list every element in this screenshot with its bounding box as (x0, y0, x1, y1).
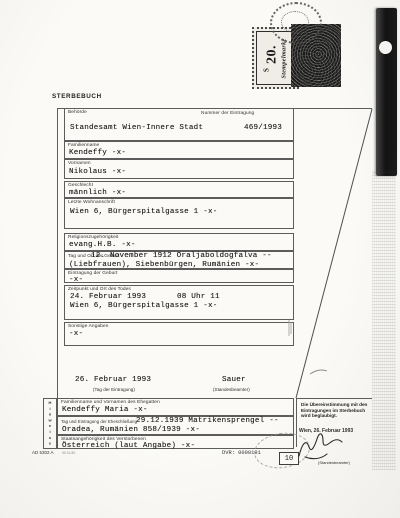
field-sex: Geschlecht männlich -x- (64, 181, 294, 198)
pencil-mark (310, 370, 327, 374)
scan-band-notch (379, 41, 392, 54)
field-birth: Tag und Ort der Geburt 12. November 1912… (64, 251, 294, 269)
sex-label: Geschlecht (68, 183, 93, 188)
field-marriage: Tag und Eintragung der Eheschließung 29.… (57, 416, 294, 435)
scan-noise (372, 170, 396, 470)
religion-value: evang.H.B. -x- (69, 241, 136, 249)
family-name-label: Familienname (68, 143, 99, 148)
family-name-value: Kendeffy -x- (69, 149, 126, 157)
field-birth-registration: Eintragung der Geburt -x- (64, 269, 294, 283)
entry-number-label: Nummer der Eintragung (201, 111, 254, 116)
other-value: -x- (69, 330, 83, 338)
last-address-value: Wien 6, Bürgerspitalgasse 1 -x- (70, 208, 217, 216)
scanned-death-certificate: { "header": { "book_label": "STERBEBUCH"… (0, 0, 400, 518)
death-place-value: Wien 6, Bürgerspitalgasse 1 -x- (70, 302, 217, 310)
religion-label: Religionszugehörigkeit (68, 235, 118, 240)
form-left-rule (57, 108, 58, 398)
field-family-name: Familienname Kendeffy -x- (64, 141, 294, 159)
page-number-box: 10 (279, 452, 299, 465)
other-label: Sonstige Angaben (68, 324, 109, 329)
citizenship-value: Österreich (laut Angabe) -x- (62, 442, 195, 450)
spouse-label: Familienname und Vornamen des Ehegatten (61, 400, 160, 405)
marriage-value-line2: Oradea, Rumänien 858/1939 -x- (62, 426, 200, 434)
field-authority: Behörde Nummer der Eintragung Standesamt… (64, 108, 294, 141)
birth-value-line1: 12. November 1912 Oraljaboldogfalva -- (91, 252, 272, 260)
print-code: 90.01.80 (62, 451, 75, 455)
revenue-stamp-label: Stempelmarke (281, 38, 288, 78)
field-other: Sonstige Angaben -x- (64, 322, 294, 346)
certification-box-top (296, 398, 372, 399)
notes-column: Hinweise (43, 398, 57, 449)
notes-column-label: Hinweise (48, 400, 53, 446)
authority-label: Behörde (68, 110, 87, 115)
scan-artifact-band (376, 8, 397, 176)
sex-value: männlich -x- (69, 189, 126, 197)
birth-value-line2: (Liebfrauen), Siebenbürgen, Rumänien -x- (69, 261, 259, 269)
round-seal-icon (270, 2, 322, 44)
marriage-value-line1: 29.12.1939 Matrikensprengel -- (136, 417, 279, 425)
birth-registration-value: -x- (69, 276, 83, 284)
entry-number-value: 469/1993 (244, 124, 282, 132)
entry-date-label: (Tag der Eintragung) (93, 387, 135, 392)
death-date-value: 24. Februar 1993 (70, 293, 146, 301)
field-death: Zeitpunkt und Ort des Todes 24. Februar … (64, 285, 294, 320)
field-spouse: Familienname und Vornamen des Ehegatten … (57, 398, 294, 416)
field-first-names: Vornamen Nikolaus -x- (64, 159, 294, 179)
marriage-label: Tag und Eintragung der Eheschließung (61, 419, 137, 424)
last-address-label: Letzte Wohnanschrift (68, 200, 115, 205)
entry-date-value: 26. Februar 1993 (75, 376, 151, 384)
revenue-stamp-value: S 20. (263, 38, 281, 78)
spouse-value: Kendeffy Maria -x- (62, 406, 148, 414)
round-seal-inner-ring (281, 11, 309, 33)
certification-text: Die Übereinstimmung mit den Eintragungen… (301, 402, 371, 419)
certification-place-date: Wien, 26. Februar 1993 (299, 428, 353, 434)
death-time-value: 08 Uhr 11 (177, 293, 220, 301)
field-religion: Religionszugehörigkeit evang.H.B. -x- (64, 233, 294, 251)
certification-signature-label: (Standesbeamter) (318, 460, 350, 465)
registrar-label: (Standesbeamter) (213, 387, 250, 392)
form-number: AD 5302 A (32, 450, 54, 455)
first-names-value: Nikolaus -x- (69, 168, 126, 176)
register-title: STERBEBUCH (52, 93, 102, 100)
first-names-label: Vornamen (68, 161, 91, 166)
authority-value: Standesamt Wien-Innere Stadt (70, 124, 203, 132)
field-last-address: Letzte Wohnanschrift Wien 6, Bürgerspita… (64, 198, 294, 229)
registrar-value: Sauer (222, 376, 246, 384)
death-label: Zeitpunkt und Ort des Todes (68, 287, 131, 292)
diagonal-cancellation-line (296, 109, 372, 398)
